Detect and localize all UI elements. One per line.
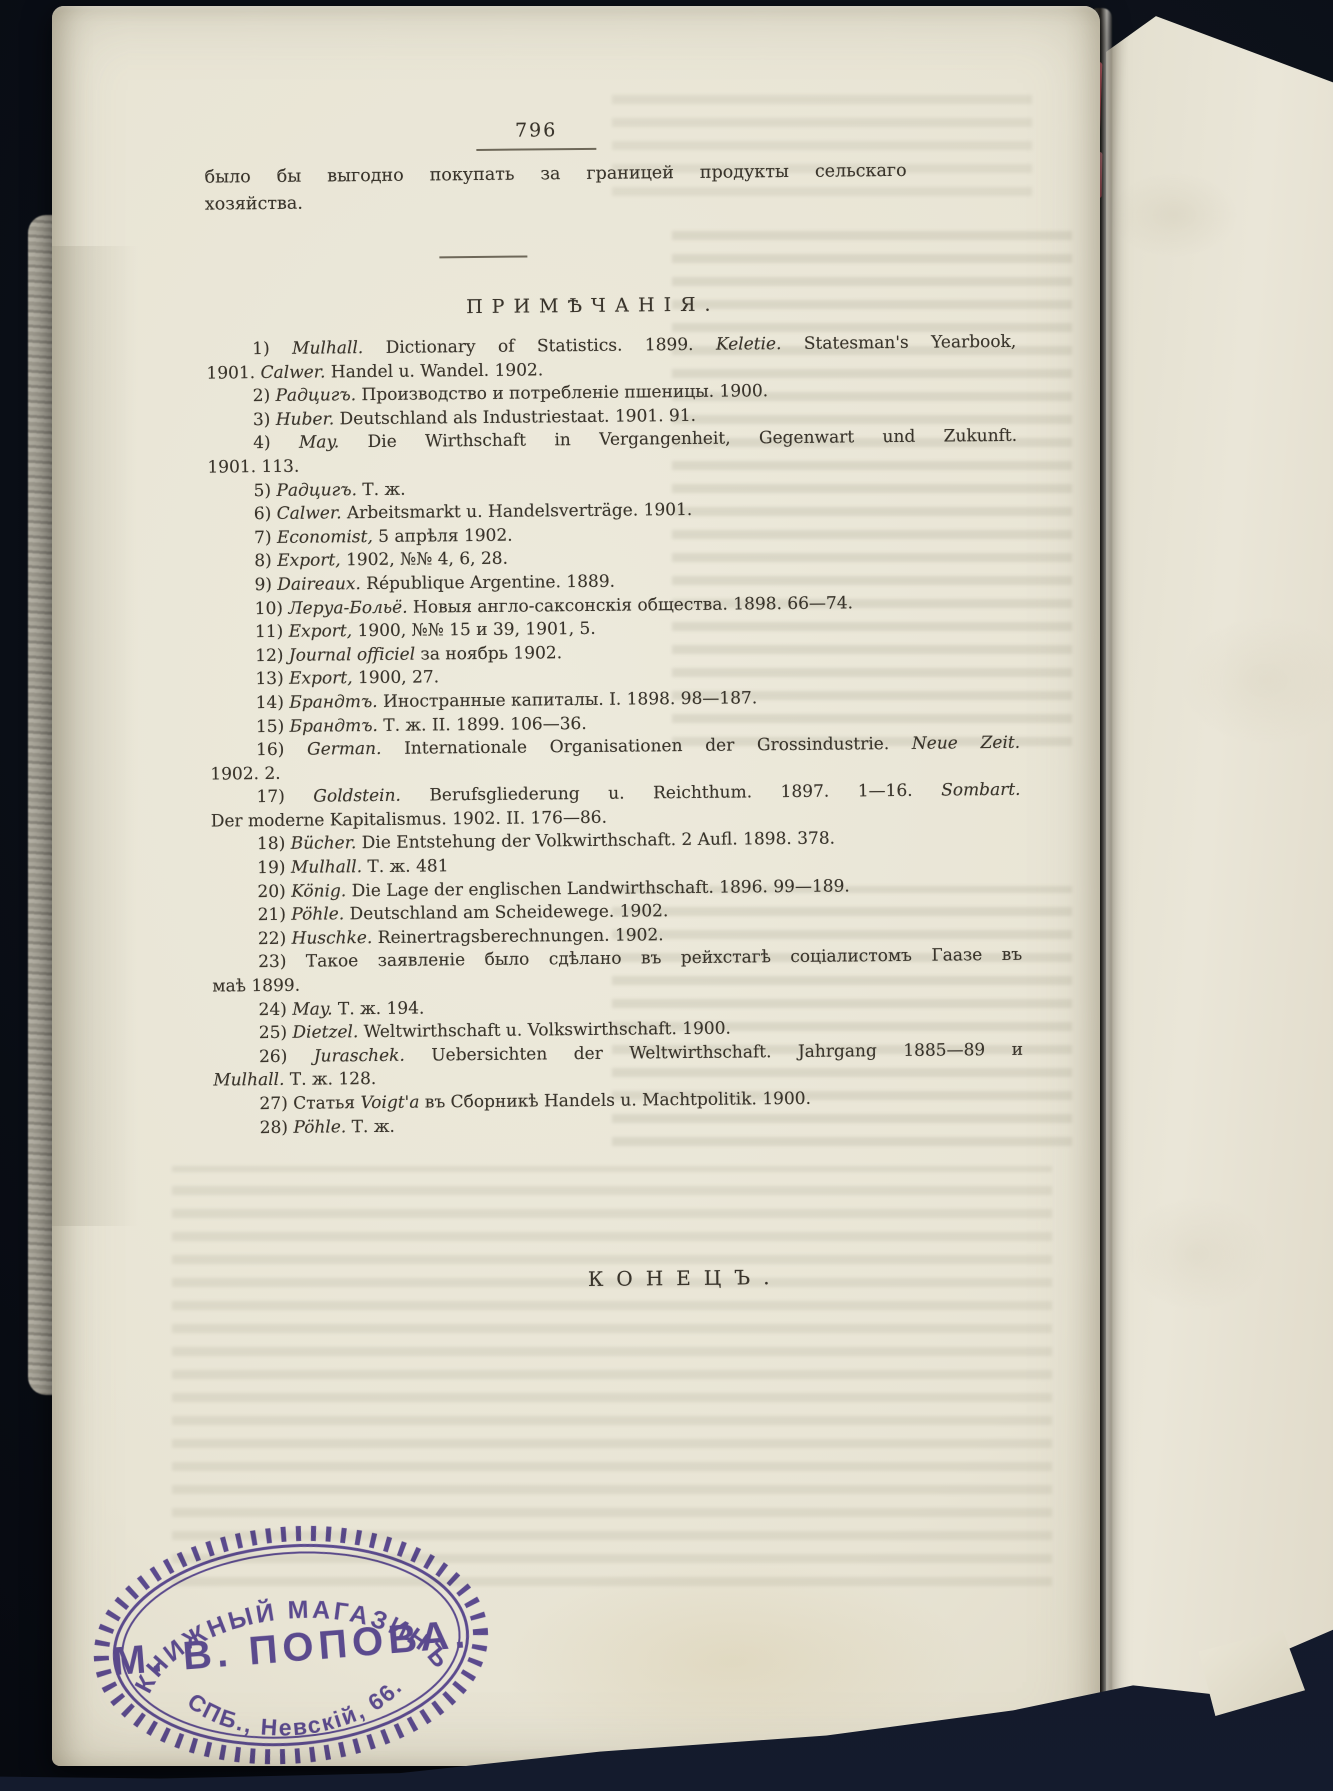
notes-list: 1) Mulhall. Dictionary of Statistics. 18… [206, 331, 1024, 1141]
page-number-text: 796 [515, 119, 557, 141]
photo-frame: 796 было бы выгодно покупать за границей… [0, 0, 1333, 1791]
page-number: 796 [476, 119, 596, 151]
stamp-address-text: СПБ., Невскій, 66. [181, 1671, 410, 1748]
paper-texture [1106, 0, 1333, 1791]
typeset-content: 796 было бы выгодно покупать за границей… [203, 6, 1030, 1766]
end-word: КОНЕЦЪ. [215, 1263, 1025, 1295]
bookstore-stamp: КНИЖНЫЙ МАГАЗИНЪ М. В. ПОПОВА. СПБ., Нев… [77, 1504, 508, 1766]
next-page-edge [1106, 0, 1333, 1791]
separator-rule [439, 255, 527, 258]
stamp-graphic: КНИЖНЫЙ МАГАЗИНЪ М. В. ПОПОВА. СПБ., Нев… [77, 1504, 508, 1766]
notes-header: ПРИМѢЧАНІЯ. [188, 291, 998, 321]
intro-paragraph: было бы выгодно покупать за границей про… [204, 157, 1014, 219]
book-page: 796 было бы выгодно покупать за границей… [52, 6, 1100, 1766]
paper-stain [52, 246, 162, 1226]
